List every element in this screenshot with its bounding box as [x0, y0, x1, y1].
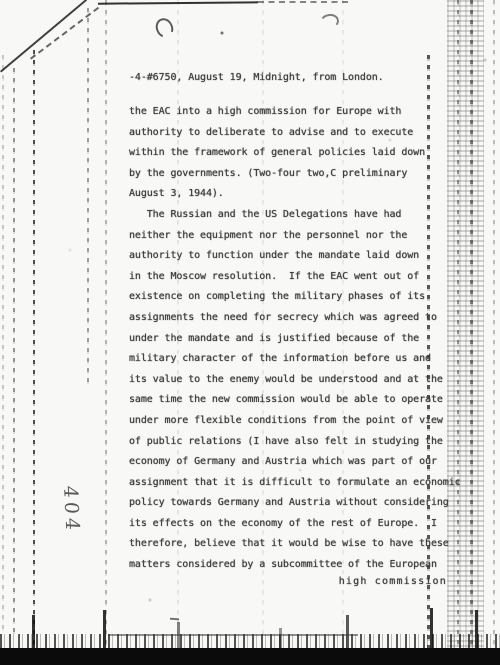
fold-crease-line [0, 0, 87, 73]
document-closing-line: high commission [129, 576, 447, 587]
text-line: under the mandate and is justified becau… [129, 329, 461, 350]
text-line: assignments the need for secrecy which w… [129, 308, 461, 329]
text-line: same time the new commission would be ab… [129, 390, 461, 411]
text-line: neither the equipment nor the personnel … [129, 226, 461, 247]
text-line: of public relations (I have also felt in… [129, 432, 461, 453]
scanner-line [105, 0, 107, 648]
text-line: its value to the enemy would be understo… [129, 370, 461, 391]
scan-black-edge [0, 648, 500, 665]
text-line: its effects on the economy of the rest o… [129, 514, 461, 535]
handwritten-circle-mark [153, 15, 177, 40]
text-line: existence on completing the military pha… [129, 287, 461, 308]
text-line: assignment that it is difficult to formu… [129, 473, 461, 494]
document-body-text: the EAC into a high commission for Europ… [129, 102, 461, 576]
text-line: The Russian and the US Delegations have … [129, 205, 461, 226]
text-line: military character of the information be… [129, 349, 461, 370]
scanner-line [2, 55, 4, 635]
text-line: policy towards Germany and Austria witho… [129, 493, 461, 514]
text-line: authority to deliberate to advise and to… [129, 123, 461, 144]
scanner-line [13, 68, 15, 634]
text-line: in the Moscow resolution. If the EAC wen… [129, 267, 461, 288]
text-line: by the governments. (Two-four two,C prel… [129, 164, 461, 185]
text-line: under more flexible conditions from the … [129, 411, 461, 432]
text-line: within the framework of general policies… [129, 143, 461, 164]
scanner-line [87, 8, 89, 388]
text-line: the EAC into a high commission for Europ… [129, 102, 461, 123]
scanner-line [493, 0, 495, 648]
text-line: economy of Germany and Austria which was… [129, 452, 461, 473]
text-line: August 3, 1944). [129, 184, 461, 205]
scanned-document-page: 404 -4-#6750, August 19, Midnight, from … [0, 0, 500, 665]
text-line: authority to function under the mandate … [129, 246, 461, 267]
page-top-edge-line-faded [258, 1, 348, 3]
bottom-band-smear-line [108, 634, 358, 636]
text-line: matters considered by a subcommittee of … [129, 555, 461, 576]
handwritten-circle-mark [319, 12, 340, 30]
scanner-line [33, 50, 35, 648]
stray-ink-mark [170, 618, 179, 621]
document-header-line: -4-#6750, August 19, Midnight, from Lond… [129, 72, 384, 83]
handwritten-page-number: 404 [41, 484, 85, 550]
bottom-tick-noise-band [0, 634, 500, 648]
text-line: therefore, believe that it would be wise… [129, 534, 461, 555]
